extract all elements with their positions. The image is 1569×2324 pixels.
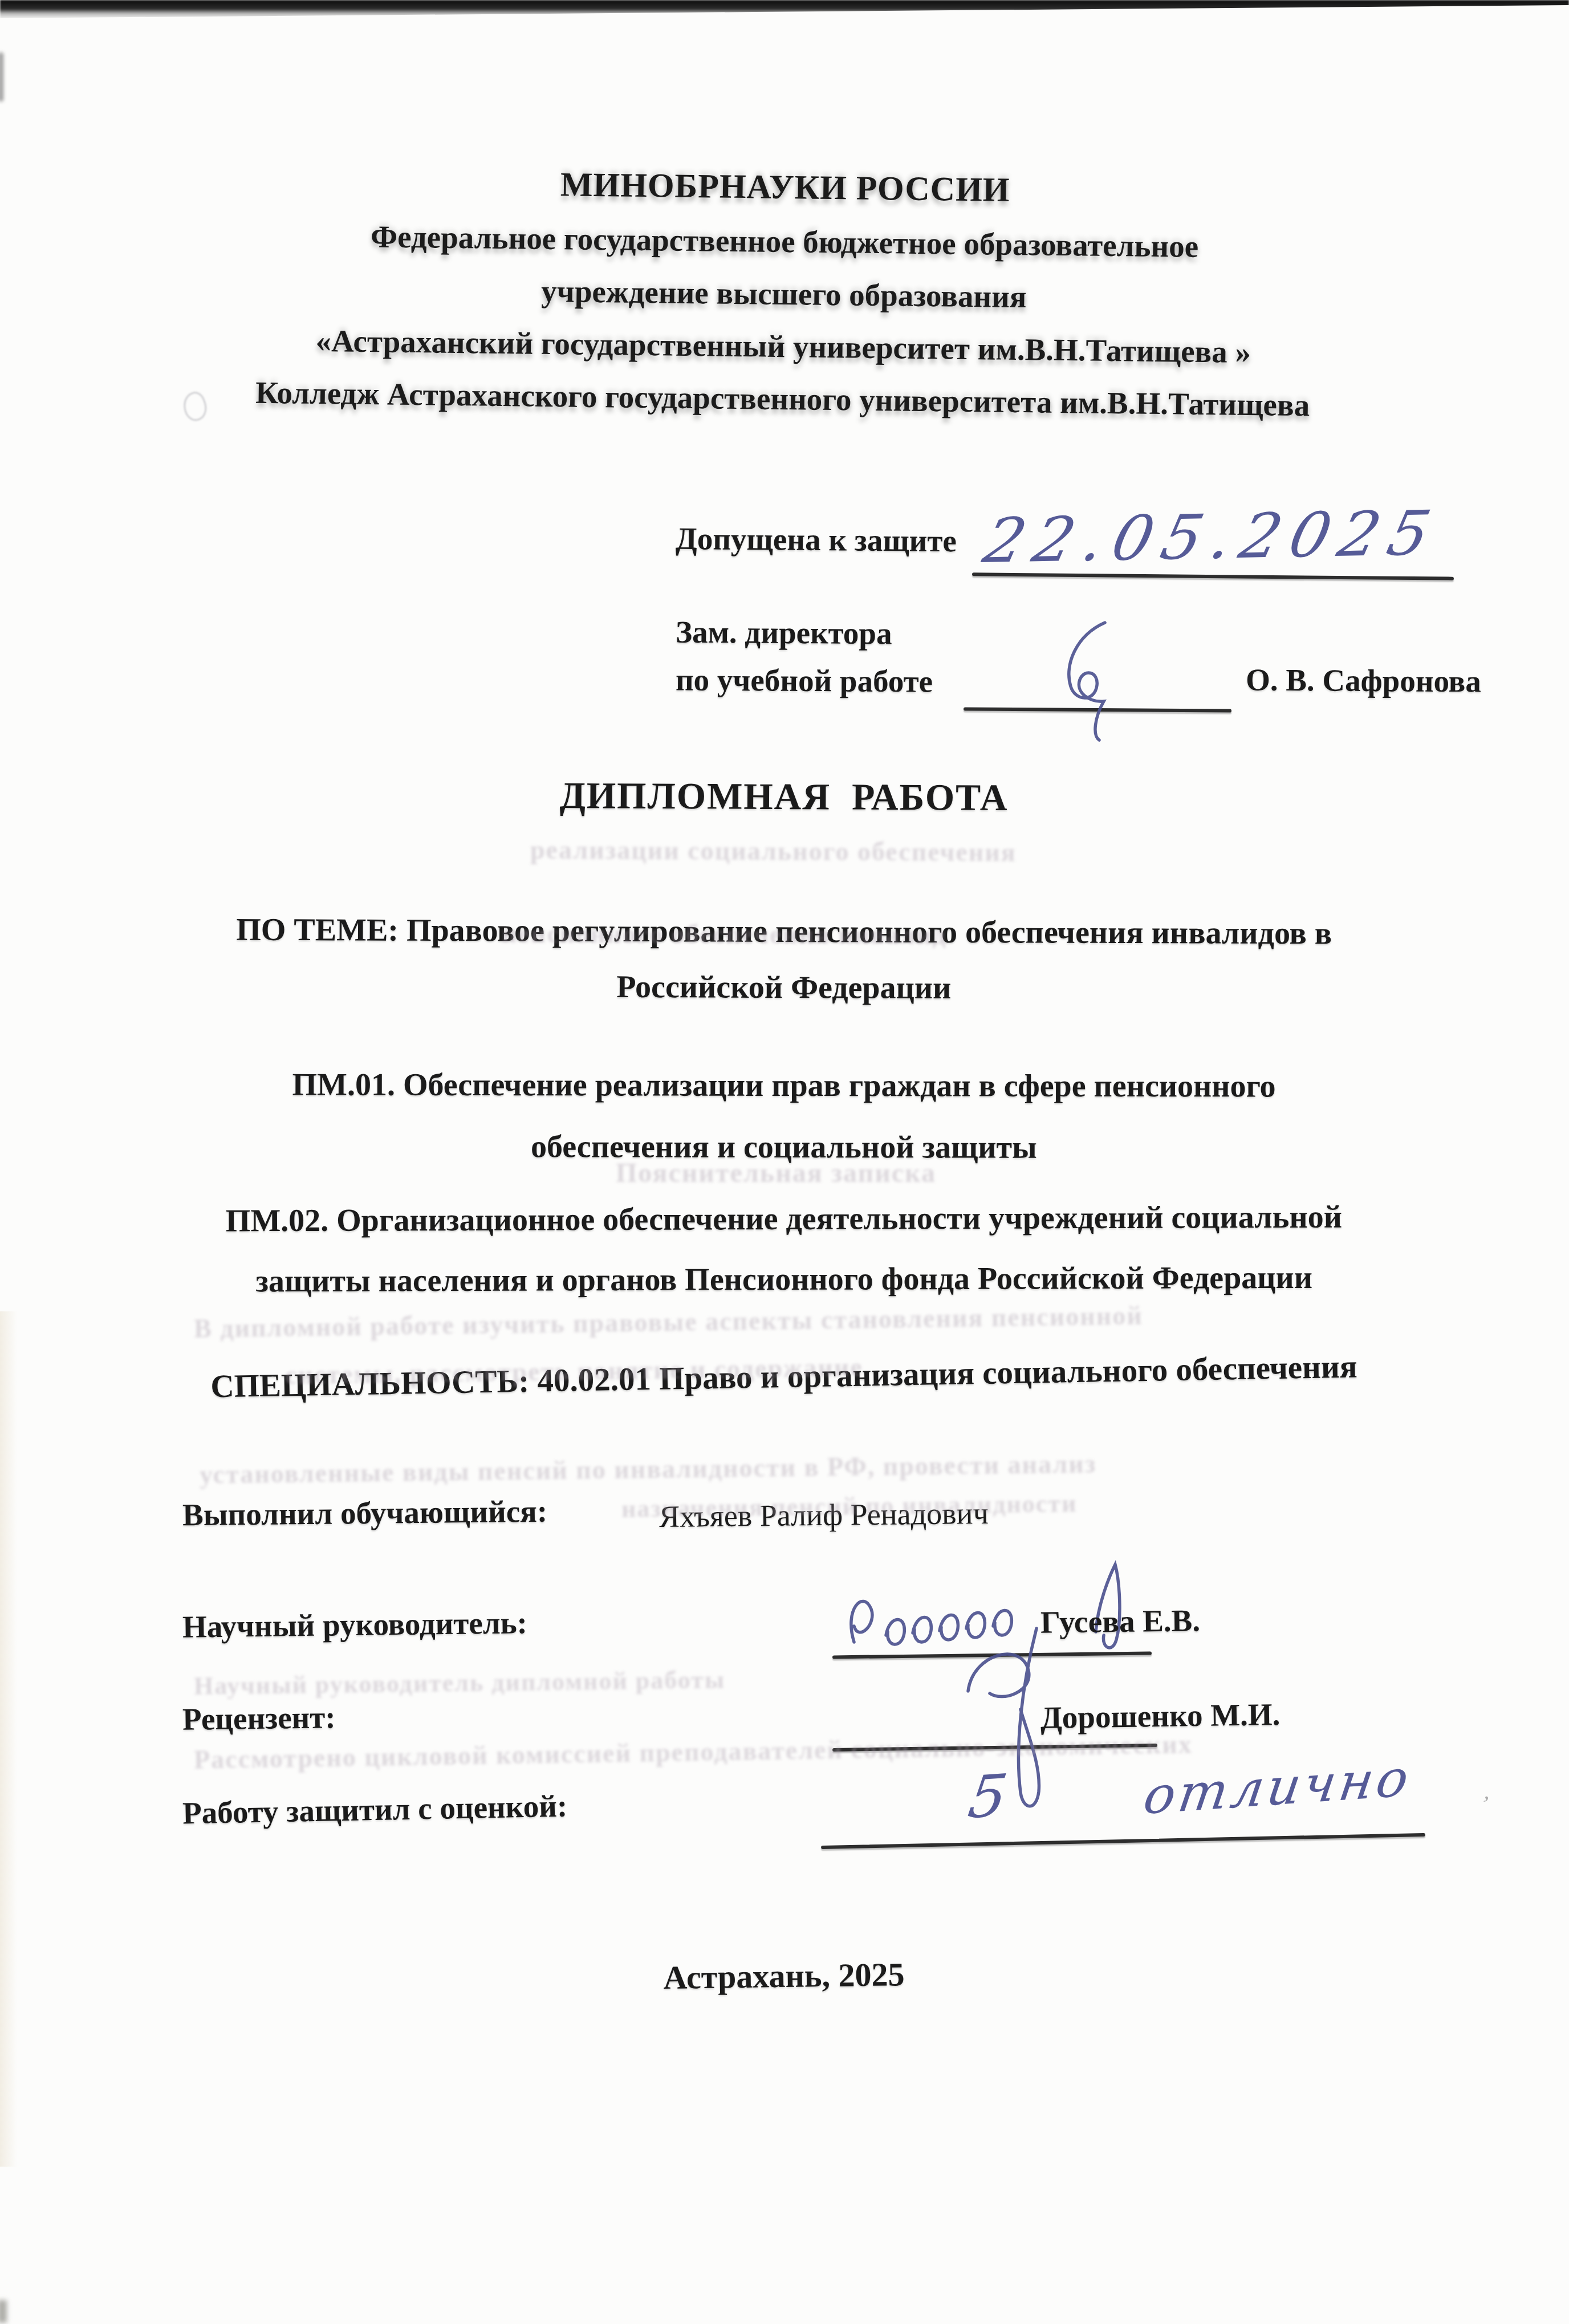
scanner-edge-notch — [0, 52, 3, 101]
reviewer-label: Рецензент: — [182, 1699, 336, 1737]
scanner-edge-top — [0, 0, 1569, 19]
page-edge-tint — [0, 1311, 17, 2167]
admission-label: Допущена к защите — [676, 521, 957, 559]
performed-label: Выполнил обучающийся: — [182, 1493, 548, 1533]
scanner-corner-smudge — [0, 2300, 7, 2323]
work-title: ДИПЛОМНАЯ РАБОТА — [143, 772, 1425, 822]
director-line-1: Зам. директора — [676, 614, 892, 652]
director-signature — [1009, 616, 1180, 747]
pm01-line-1: ПМ.01. Обеспечение реализации прав гражд… — [171, 1054, 1397, 1118]
pm02-line-2: защиты населения и органов Пенсионного ф… — [171, 1247, 1397, 1312]
scanned-title-page: МИНОБРНАУКИ РОССИИ Федеральное государст… — [0, 0, 1569, 2324]
bleedthrough-fragment: установленные виды пенсий по инвалидност… — [200, 1448, 1097, 1489]
grade-label: Работу защитил с оценкой: — [182, 1788, 567, 1831]
city-year-line: Астрахань, 2025 — [171, 1948, 1397, 2004]
supervisor-label: Научный руководитель: — [182, 1604, 528, 1644]
bleedthrough-fragment: назначения пенсий по инвалидности — [621, 1489, 1078, 1523]
grade-word-handwritten: отлично — [1140, 1748, 1416, 1826]
bleedthrough-fragment: пенсионного обеспечения инвалид — [502, 919, 947, 950]
admission-date-handwritten: 22.05.2025 — [977, 498, 1446, 577]
theme-line-2: Российской Федерации — [171, 957, 1397, 1018]
pm02-paragraph: ПМ.02. Организационное обеспечение деяте… — [171, 1187, 1397, 1312]
pm02-line-1: ПМ.02. Организационное обеспечение деяте… — [171, 1187, 1397, 1252]
bleedthrough-fragment: Научный руководитель дипломной работы — [194, 1665, 726, 1700]
institution-header: МИНОБРНАУКИ РОССИИ Федеральное государст… — [112, 151, 1456, 434]
grade-underline — [821, 1833, 1425, 1849]
director-line-2: по учебной работе — [676, 661, 933, 699]
bleedthrough-fragment: Пояснительная записка — [616, 1157, 936, 1189]
bleedthrough-fragment: реализации социального обеспечения — [530, 835, 1017, 867]
director-name: О. В. Сафронова — [1246, 662, 1481, 700]
stray-pen-tick: ’ — [1478, 1790, 1492, 1818]
